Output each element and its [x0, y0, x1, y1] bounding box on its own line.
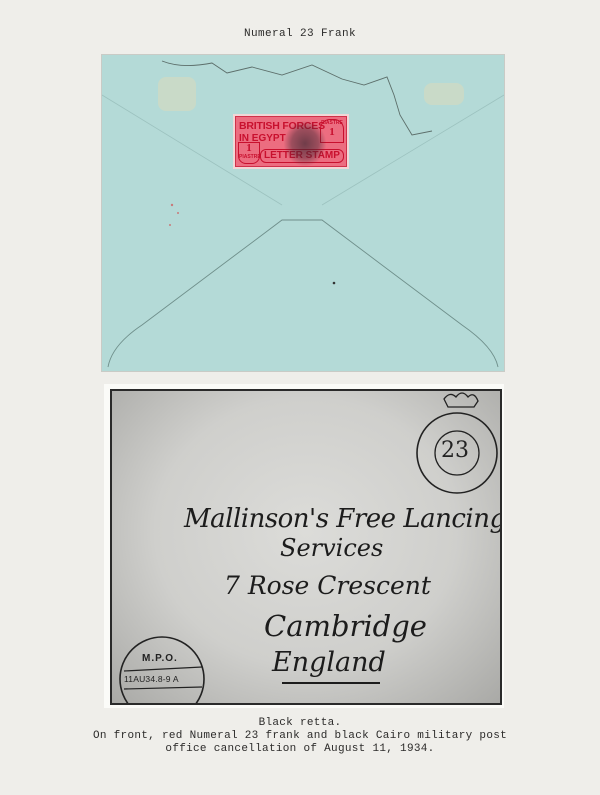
envelope-back-image: BRITISH FORCES IN EGYPT PIASTRE 1 1 PIAS… [102, 55, 504, 371]
stamp-cancellation-mark [284, 121, 326, 166]
address-line-1: Mallinson's Free Lancing [184, 504, 502, 534]
cancellation-date: 11AU34.8-9 A [124, 674, 179, 684]
stamp-value-bottom-left: 1 PIASTRE [238, 142, 260, 164]
address-line-5: England [272, 647, 386, 678]
address-line-2: Services [280, 534, 383, 562]
envelope-front-image: 23 M.P.O. 11AU34.8-9 A Mallinson's Free … [104, 384, 504, 708]
caption-line-1: Black retta. [0, 717, 600, 730]
glue-stain-right [424, 83, 464, 105]
envelope-front-photocopy: 23 M.P.O. 11AU34.8-9 A Mallinson's Free … [110, 389, 502, 705]
page-title: Numeral 23 Frank [0, 28, 600, 40]
address-underline [282, 682, 380, 684]
cancellation-office: M.P.O. [142, 653, 178, 664]
frank-numeral: 23 [430, 438, 480, 463]
caption-line-2: On front, red Numeral 23 frank and black… [0, 730, 600, 743]
address-line-3: 7 Rose Crescent [224, 571, 431, 600]
address-line-4: Cambridge [264, 609, 427, 643]
british-forces-letter-stamp: BRITISH FORCES IN EGYPT PIASTRE 1 1 PIAS… [233, 114, 349, 169]
caption-line-3: office cancellation of August 11, 1934. [0, 743, 600, 756]
glue-stain-left [158, 77, 196, 111]
caption: Black retta. On front, red Numeral 23 fr… [0, 717, 600, 756]
